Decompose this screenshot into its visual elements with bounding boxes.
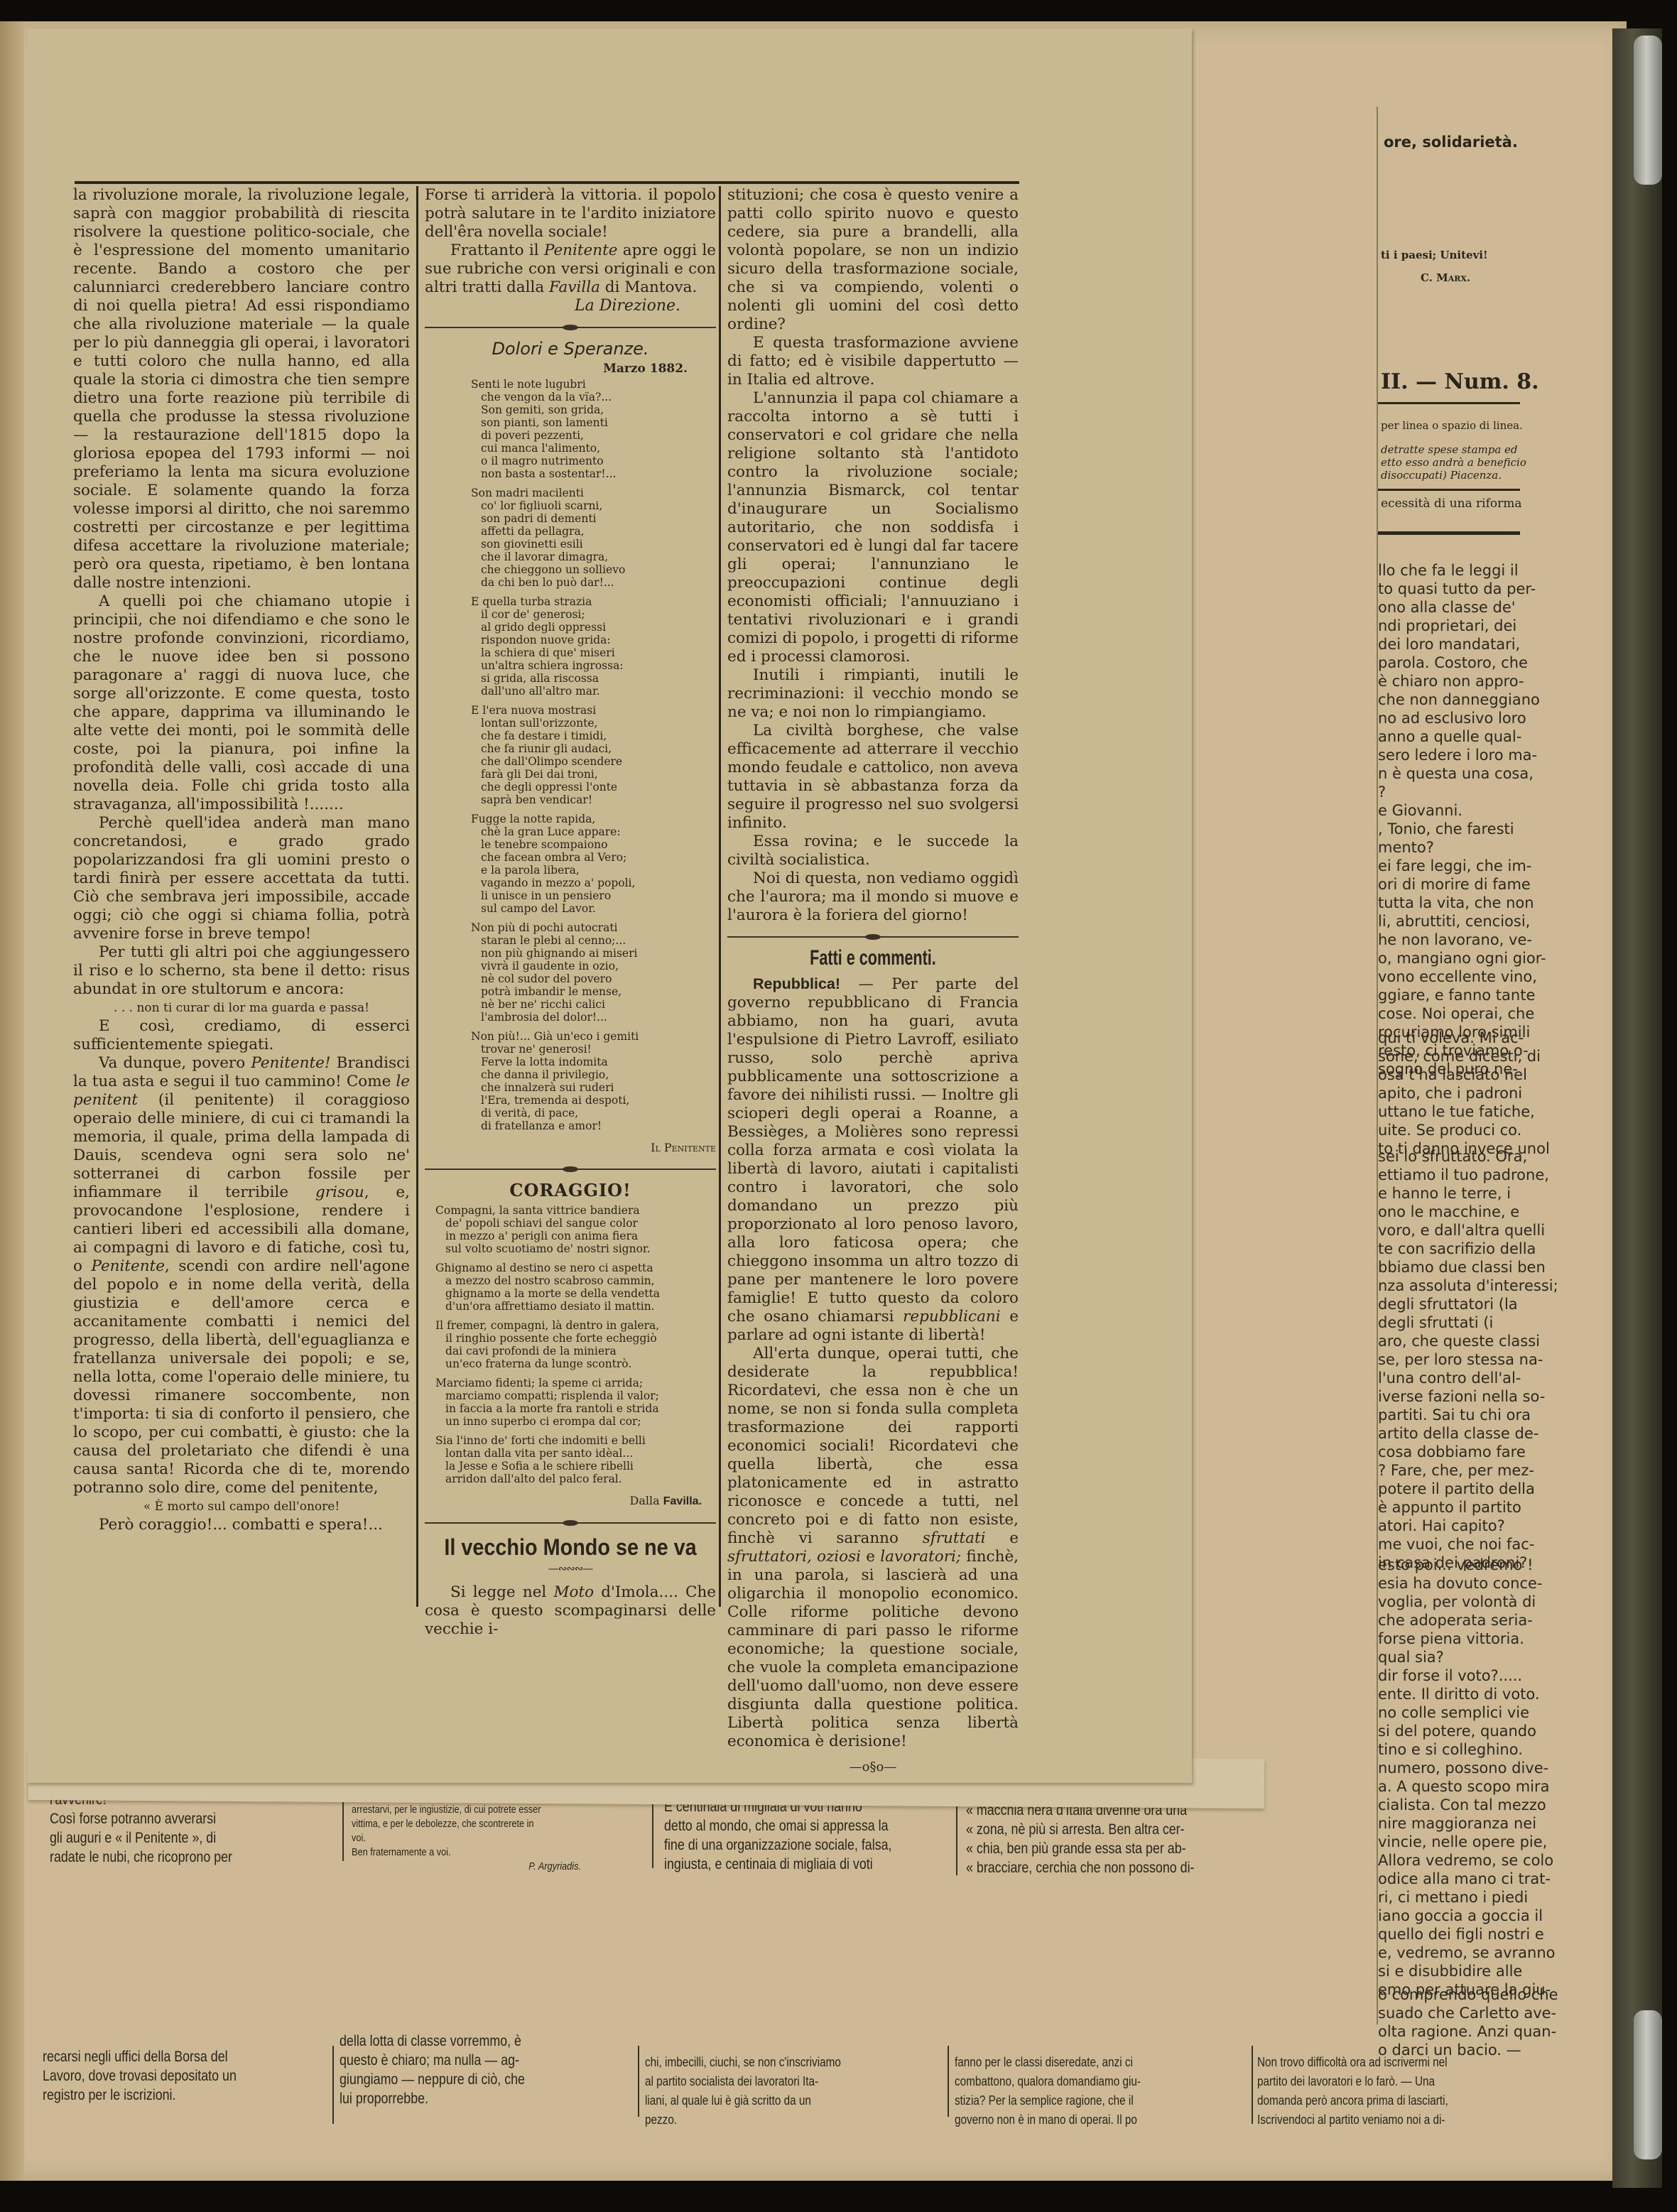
text-line: fine di una organizzazione sociale, fals… — [664, 1836, 918, 1855]
verse-line: dall'uno all'altro mar. — [471, 685, 716, 698]
dante-quote: . . . non ti curar di lor ma guarda e pa… — [73, 999, 410, 1017]
verse-line: al grido degli oppressi — [471, 621, 716, 634]
text-line: ? Fare, che, per mez- — [1378, 1461, 1558, 1480]
verse-line: E quella turba strazia — [471, 595, 716, 608]
album-binding — [1612, 28, 1662, 2188]
text-line: ei fare leggi, che im- — [1378, 857, 1546, 875]
text-line: o, mangiano ogni gior- — [1378, 949, 1546, 967]
verse-line: vivrà il gaudente in ozio, — [471, 960, 716, 972]
text-line: stizia? Per la semplice ragione, che il — [955, 2091, 1208, 2110]
text-line: , Tonio, che faresti — [1378, 820, 1546, 838]
verse-line: Compagni, la santa vittrice bandiera — [435, 1204, 716, 1217]
text-line: recarsi negli uffici della Borsa del — [43, 2047, 260, 2066]
verse-line: dai cavi profondi de la miniera — [435, 1345, 716, 1357]
column-rule — [1252, 2046, 1253, 2124]
text-line: sero ledere i loro ma- — [1378, 746, 1546, 764]
verse-line: la Jesse e Sofia a le schiere ribelli — [435, 1460, 716, 1473]
verse-line: che chieggono un sollievo — [471, 563, 716, 576]
text-line: qual sia? — [1378, 1648, 1556, 1666]
paragraph: All'erta dunque, operai tutti, che desid… — [727, 1345, 1019, 1751]
verse-line: in faccia a la morte fra rantoli e strid… — [435, 1402, 716, 1415]
verse-line: il cor de' generosi; — [471, 608, 716, 621]
right-strip-block-e: o comprendo quello chesuado che Carletto… — [1378, 1985, 1558, 2059]
text-line: Ben fraternamente a voi. — [352, 1845, 605, 1860]
lower-col-4: « macchia nera d'Italia divenne ora una«… — [966, 1801, 1220, 1877]
text-line: « bracciare, cerchia che non possono di- — [966, 1858, 1220, 1877]
text-line: nza assoluta d'interessi; — [1378, 1276, 1558, 1295]
text-line: tutta la vita, che non — [1378, 894, 1546, 912]
text-line: to quasi tutto da per- — [1378, 580, 1546, 598]
verse-line: che degli oppressi l'onte — [471, 781, 716, 793]
verse-line: si grida, alla riscossa — [471, 672, 716, 685]
text-line: cialista. Con tal mezzo — [1378, 1796, 1556, 1814]
lower-row2-col-5: Non trovo difficoltà ora ad iscrivermi n… — [1257, 2053, 1517, 2130]
verse-line: Marciamo fidenti; la speme ci arrida; — [435, 1377, 716, 1389]
paragraph: Forse ti arriderà la vittoria. il popolo… — [425, 186, 716, 242]
text-line: apito, che i padroni — [1378, 1084, 1550, 1102]
text-line: ? — [1378, 783, 1546, 801]
lower-col-3: E centinaia di migliaia di voti hannodet… — [664, 1797, 918, 1874]
text-line: parola. Costoro, che — [1378, 654, 1546, 672]
text-line: registro per le iscrizioni. — [43, 2086, 260, 2105]
lower-col-1: l'avvenire!Così forse potranno avverarsi… — [50, 1790, 279, 1867]
text-line: al partito socialista dei lavoratori Ita… — [645, 2072, 899, 2091]
binding-clip-top — [1634, 36, 1662, 185]
text-line: esia ha dovuto conce- — [1378, 1574, 1556, 1593]
verse-line: Fugge la notte rapida, — [471, 813, 716, 825]
verse-line: rispondon nuove grida: — [471, 634, 716, 646]
ads-line-3: etto esso andrà a beneficio — [1381, 456, 1526, 469]
text-line: si del potere, quando — [1378, 1722, 1556, 1740]
paragraph: Per tutti gli altri poi che aggiungesser… — [73, 943, 410, 999]
paragraph: la rivoluzione morale, la rivoluzione le… — [73, 186, 410, 592]
ornamental-separator — [425, 1518, 716, 1528]
paragraph: Va dunque, povero Penitente! Brandisci l… — [73, 1054, 410, 1497]
verse-line: sul campo del Lavor. — [471, 902, 716, 915]
ads-line-2: detratte spese stampa ed — [1381, 443, 1518, 456]
verse-line: di verità, di pace, — [471, 1107, 716, 1119]
text-line: uttano le tue fatiche, — [1378, 1102, 1550, 1121]
verse-line: son padri di dementi — [471, 512, 716, 525]
signature-direzione: La Direzione. — [425, 297, 680, 315]
right-strip-block-a: llo che fa le leggi ilto quasi tutto da … — [1378, 561, 1546, 1078]
ornamental-separator — [425, 1164, 716, 1174]
section-title: Fatti e commenti. — [768, 949, 977, 967]
column-1: la rivoluzione morale, la rivoluzione le… — [73, 186, 410, 1534]
poem-coraggio: Compagni, la santa vittrice bandierade' … — [435, 1204, 716, 1485]
masthead-slogan: ore, solidarietà. — [1384, 134, 1518, 151]
title-ornament: —∾∾∾— — [425, 1559, 716, 1578]
stanza: Senti le note lugubriche vengon da la vï… — [471, 378, 716, 480]
verse-line: Senti le note lugubri — [471, 378, 716, 391]
paragraph: Si legge nel Moto d'Imola.... Che cosa è… — [425, 1583, 716, 1639]
end-ornament: —o§o— — [727, 1758, 1019, 1777]
text-line: radate le nubi, che ricoprono per — [50, 1848, 279, 1867]
text-line: a. A questo scopo mira — [1378, 1777, 1556, 1796]
paragraph: A quelli poi che chiamano utopie i princ… — [73, 592, 410, 814]
verse-line: Non più di pochi autocrati — [471, 921, 716, 934]
text-line: llo che fa le leggi il — [1378, 561, 1546, 580]
text-line: Non trovo difficoltà ora ad iscrivermi n… — [1257, 2053, 1517, 2072]
text-line: giungiamo — neppure di ciò, che — [340, 2070, 557, 2089]
text-line: bbiamo due classi ben — [1378, 1258, 1558, 1276]
text-line: iano goccia a goccia il — [1378, 1907, 1556, 1925]
text-line: potere il partito della — [1378, 1480, 1558, 1498]
verse-line: sul volto scuotiamo de' nostri signor. — [435, 1242, 716, 1255]
poem-dolori-e-speranze: Senti le note lugubriche vengon da la vï… — [471, 378, 716, 1132]
stanza: E l'era nuova mostrasilontan sull'orizzo… — [471, 704, 716, 806]
right-strip-block-d: esto poi... vedremo !esia ha dovuto conc… — [1378, 1556, 1556, 1999]
paragraph: L'annunzia il papa col chiamare a raccol… — [727, 389, 1019, 666]
stanza: Non più!... Già un'eco i gemititrovar ne… — [471, 1030, 716, 1132]
verse-line: l'Era, tremenda ai despoti, — [471, 1094, 716, 1107]
verse-line: farà gli Dei dai troni, — [471, 768, 716, 781]
column-rule — [332, 2046, 334, 2124]
text-line: domanda però ancora prima di lasciarti, — [1257, 2091, 1517, 2110]
verse-line: che il lavorar dimagra, — [471, 551, 716, 563]
text-line: numero, possono dive- — [1378, 1759, 1556, 1777]
text-line: dei loro mandatari, — [1378, 635, 1546, 654]
stanza: Ghignamo al destino se nero ci aspettaa … — [435, 1262, 716, 1313]
verse-line: nè ber ne' ricchi calici — [471, 998, 716, 1011]
text-line: uite. Se produci co. — [1378, 1121, 1550, 1139]
text-line: gli auguri e « il Penitente », di — [50, 1828, 279, 1848]
text-line: e, vedremo, se avranno — [1378, 1943, 1556, 1962]
lower-row2-col-4: fanno per le classi diseredate, anzi cic… — [955, 2053, 1208, 2130]
verse-line: da chi ben lo può dar!... — [471, 576, 716, 589]
text-line: governo non è in mano di operai. Il po — [955, 2110, 1208, 2130]
paragraph: E così, crediamo, di esserci sufficiente… — [73, 1017, 410, 1054]
text-line: si e disubbidire alle — [1378, 1962, 1556, 1980]
text-line: e hanno le terre, i — [1378, 1184, 1558, 1203]
paragraph: Repubblica! — Per parte del governo repu… — [727, 975, 1019, 1345]
binding-clip-bottom — [1634, 2010, 1662, 2159]
verse-line: le tenebre scompaiono — [471, 838, 716, 851]
stanza: E quella turba straziail cor de' generos… — [471, 595, 716, 698]
text-line: ettiamo il tuo padrone, — [1378, 1166, 1558, 1184]
verse-line: un inno superbo ci erompa dal cor; — [435, 1415, 716, 1428]
text-line: vittima, e per le debolezze, che scontre… — [352, 1817, 605, 1831]
text-line: ri, ci mettano i piedi — [1378, 1888, 1556, 1907]
verse-line: un'eco fraterna da lunge scontrò. — [435, 1357, 716, 1370]
text-line: detto al mondo, che omai si appressa la — [664, 1816, 918, 1836]
verse-line: E l'era nuova mostrasi — [471, 704, 716, 717]
strip-rule — [1378, 402, 1520, 404]
text-line: lui proporrebbe. — [340, 2089, 557, 2108]
text-line: odice alla mano ci trat- — [1378, 1870, 1556, 1888]
page-left-edge — [0, 21, 24, 2181]
masthead-motto-author: C. Marx. — [1421, 271, 1470, 284]
paragraph: Essa rovina; e le succede la civiltà soc… — [727, 833, 1019, 869]
verse-line: d'un'ora affrettiamo desiato il mattin. — [435, 1300, 716, 1313]
verse-line: Son gemiti, son grida, — [471, 403, 716, 416]
text-line: partito dei lavoratori e lo farò. — Una — [1257, 2072, 1517, 2091]
text-line: li, abruttiti, cenciosi, — [1378, 912, 1546, 931]
verse-line: arridon dall'alto del palco feral. — [435, 1473, 716, 1485]
verse-line: un'altra schiera ingrossa: — [471, 659, 716, 672]
text-line: atori. Hai capito? — [1378, 1517, 1558, 1535]
text-line: combattono, qualora domandiamo giu- — [955, 2072, 1208, 2091]
column-rule — [948, 2046, 949, 2117]
poem-date: Marzo 1882. — [425, 359, 688, 378]
text-line: forse piena vittoria. — [1378, 1630, 1556, 1648]
verse-line: Non più!... Già un'eco i gemiti — [471, 1030, 716, 1043]
verse-line: co' lor figliuoli scarni, — [471, 499, 716, 512]
text-line: ori di morire di fame — [1378, 875, 1546, 894]
ads-line-4: disoccupati) Piacenza. — [1381, 469, 1502, 482]
paragraph: E questa trasformazione avviene di fatto… — [727, 334, 1019, 389]
text-line: qui ti voleva. Mi ac- — [1378, 1029, 1550, 1047]
lower-row2-col-2: della lotta di classe vorremmo, èquesto … — [340, 2032, 557, 2108]
text-line: voglia, per volontà di — [1378, 1593, 1556, 1611]
verse-line: marciamo compatti; risplenda il valor; — [435, 1389, 716, 1402]
text-line: Lavoro, dove trovasi depositato un — [43, 2066, 260, 2086]
verse-line: trovar ne' generosi! — [471, 1043, 716, 1056]
verse-line: Ghignamo al destino se nero ci aspetta — [435, 1262, 716, 1274]
text-line: voi. — [352, 1831, 605, 1845]
stanza: Marciamo fidenti; la speme ci arrida;mar… — [435, 1377, 716, 1428]
text-line: cose. Noi operai, che — [1378, 1004, 1546, 1023]
text-line: ingiusta, e centinaia di migliaia di vot… — [664, 1855, 918, 1874]
ads-line-1: per linea o spazio di linea. — [1381, 419, 1523, 432]
verse-line: e la parola libera, — [471, 864, 716, 877]
verse-line: di fratellanza e amor! — [471, 1119, 716, 1132]
verse-line: a mezzo del nostro scabroso cammin, — [435, 1274, 716, 1287]
verse-line: lontan sull'orizzonte, — [471, 717, 716, 730]
text-line: della lotta di classe vorremmo, è — [340, 2032, 557, 2051]
verse-line: potrà imbandir le mense, — [471, 985, 716, 998]
verse-line: li unisce in un pensiero — [471, 889, 716, 902]
text-line: che non danneggiano — [1378, 690, 1546, 709]
text-line: osa t'ha lasciato nel — [1378, 1066, 1550, 1084]
text-line: degli sfruttatori (la — [1378, 1295, 1558, 1313]
text-line: ggiare, e fanno tante — [1378, 986, 1546, 1004]
text-line: è chiaro non appro- — [1378, 672, 1546, 690]
verse-line: Ferve la lotta indomita — [471, 1056, 716, 1068]
verse-line: son giovinetti esili — [471, 538, 716, 551]
signature-argyriadis: P. Argyriadis. — [352, 1860, 605, 1874]
text-line: degli sfruttati (i — [1378, 1313, 1558, 1332]
stanza: Son madri macilentico' lor figliuoli sca… — [471, 487, 716, 589]
verse-line: che dall'Olimpo scendere — [471, 755, 716, 768]
poem-title: Dolori e Speranze. — [425, 340, 716, 358]
text-line: pezzo. — [645, 2110, 899, 2130]
text-line: no ad esclusivo loro — [1378, 709, 1546, 727]
text-line: artito della classe de- — [1378, 1424, 1558, 1443]
text-line: sone, come dicesti, di — [1378, 1047, 1550, 1066]
verse-line: staran le plebi al cenno;... — [471, 934, 716, 947]
verse-line: che vengon da la vïa?... — [471, 391, 716, 403]
text-line: « zona, nè più si arresta. Ben altra cer… — [966, 1820, 1220, 1839]
text-line: fanno per le classi diseredate, anzi ci — [955, 2053, 1208, 2072]
text-line: aro, che queste classi — [1378, 1332, 1558, 1350]
column-rule — [638, 2046, 639, 2117]
verse-line: che danna il privilegio, — [471, 1068, 716, 1081]
paragraph: Frattanto il Penitente apre oggi le sue … — [425, 242, 716, 297]
verse-line: non basta a sostentar!... — [471, 467, 716, 480]
text-line: ono le macchine, e — [1378, 1203, 1558, 1221]
stanza: Sia l'inno de' forti che indomiti e bell… — [435, 1434, 716, 1485]
text-line: e Giovanni. — [1378, 801, 1546, 820]
issue-number: II. — Num. 8. — [1381, 369, 1539, 394]
verse-line: Sia l'inno de' forti che indomiti e bell… — [435, 1434, 716, 1447]
text-line: è appunto il partito — [1378, 1498, 1558, 1517]
verse-line: che facean ombra al Vero; — [471, 851, 716, 864]
text-line: cosa dobbiamo fare — [1378, 1443, 1558, 1461]
text-line: Allora vedremo, se colo — [1378, 1851, 1556, 1870]
verse-line: la schiera di que' miseri — [471, 646, 716, 659]
text-line: n è questa una cosa, — [1378, 764, 1546, 783]
verse-line: che fa destare i timidi, — [471, 730, 716, 742]
verse-line: son pianti, son lamenti — [471, 416, 716, 429]
strip-rule — [1378, 531, 1520, 535]
verse-line: l'ambrosia del dolor!... — [471, 1011, 716, 1024]
text-line: me vuoi, che noi fac- — [1378, 1535, 1558, 1554]
masthead-motto: ti i paesi; Unitevi! — [1381, 249, 1488, 261]
ornamental-separator — [425, 322, 716, 332]
text-line: sei lo sfruttato. Ora, — [1378, 1147, 1558, 1166]
column-3: stituzioni; che cosa è questo venire a p… — [727, 186, 1019, 1777]
stanza: Fugge la notte rapida,chè la gran Luce a… — [471, 813, 716, 915]
ornamental-separator — [727, 932, 1019, 942]
column-rule — [719, 186, 721, 1607]
verse-line: che fa riunir gli audaci, — [471, 742, 716, 755]
stanza: Non più di pochi autocratistaran le pleb… — [471, 921, 716, 1024]
text-line: se, per loro stessa na- — [1378, 1350, 1558, 1369]
stanza: Il fremer, compagni, là dentro in galera… — [435, 1319, 716, 1370]
text-line: no colle semplici vie — [1378, 1703, 1556, 1722]
column-2: Forse ti arriderà la vittoria. il popolo… — [425, 186, 716, 1639]
headline-fragment: ecessità di una riforma — [1381, 497, 1522, 510]
text-line: iverse fazioni nella so- — [1378, 1387, 1558, 1406]
paragraph: Noi di questa, non vediamo oggidì che l'… — [727, 869, 1019, 925]
honor-quote: « È morto sul campo dell'onore! — [73, 1497, 410, 1516]
paragraph: Perchè quell'idea anderà man mano concre… — [73, 814, 410, 943]
top-rule — [75, 181, 1019, 184]
verse-line: affetti da pellagra, — [471, 525, 716, 538]
verse-line: non più ghignando ai miseri — [471, 947, 716, 960]
text-line: « chia, ben più grande essa sta per ab- — [966, 1839, 1220, 1858]
text-line: nire maggioranza nei — [1378, 1814, 1556, 1833]
text-line: liani, al quale lui è già scritto da un — [645, 2091, 899, 2110]
text-line: partiti. Sai tu chi ora — [1378, 1406, 1558, 1424]
text-line: olta ragione. Anzi quan- — [1378, 2022, 1558, 2041]
text-line: Così forse potranno avverarsi — [50, 1809, 279, 1828]
column-rule — [416, 186, 418, 1607]
paragraph: La civiltà borghese, che valse efficacem… — [727, 722, 1019, 833]
verse-line: di poveri pezzenti, — [471, 429, 716, 442]
text-line: chi, imbecilli, ciuchi, se non c'inscriv… — [645, 2053, 899, 2072]
verse-line: o il magro nutrimento — [471, 455, 716, 467]
text-line: che adoperata seria- — [1378, 1611, 1556, 1630]
poem-title: CORAGGIO! — [425, 1181, 716, 1200]
verse-line: Il fremer, compagni, là dentro in galera… — [435, 1319, 716, 1332]
poem-author: Il Penitente — [425, 1139, 716, 1157]
verse-line: de' popoli schiavi del sangue color — [435, 1217, 716, 1230]
verse-line: vagando in mezzo a' popoli, — [471, 877, 716, 889]
stanza: Compagni, la santa vittrice bandierade' … — [435, 1204, 716, 1255]
right-strip-block-c: sei lo sfruttato. Ora,ettiamo il tuo pad… — [1378, 1147, 1558, 1572]
verse-line: il ringhio possente che forte echeggiò — [435, 1332, 716, 1345]
text-line: ono alla classe de' — [1378, 598, 1546, 617]
strip-rule — [1378, 489, 1520, 491]
paragraph: Inutili i rimpianti, inutili le recrimin… — [727, 666, 1019, 722]
text-line: te con sacrifizio della — [1378, 1240, 1558, 1258]
lower-row2-col-3: chi, imbecilli, ciuchi, se non c'inscriv… — [645, 2053, 899, 2130]
text-line: Iscrivendoci al partito veniamo noi a di… — [1257, 2110, 1517, 2130]
verse-line: Son madri macilenti — [471, 487, 716, 499]
text-line: ente. Il diritto di voto. — [1378, 1685, 1556, 1703]
right-strip-block-b: qui ti voleva. Mi ac-sone, come dicesti,… — [1378, 1029, 1550, 1158]
paragraph: stituzioni; che cosa è questo venire a p… — [727, 186, 1019, 334]
text-line: suado che Carletto ave- — [1378, 2004, 1558, 2022]
closing-line: Però coraggio!... combatti e spera!... — [73, 1516, 410, 1534]
text-line: voro, e dall'altra quelli — [1378, 1221, 1558, 1240]
verse-line: ghignamo a la morte se della vendetta — [435, 1287, 716, 1300]
text-line: quello dei figli nostri e — [1378, 1925, 1556, 1943]
article-title: Il vecchio Mondo se ne va — [440, 1538, 702, 1556]
text-line: esto poi... vedremo ! — [1378, 1556, 1556, 1574]
text-line: o comprendo quello che — [1378, 1985, 1558, 2004]
text-line: mento? — [1378, 838, 1546, 857]
text-line: dir forse il voto?..... — [1378, 1666, 1556, 1685]
text-line: questo è chiaro; ma nulla — ag- — [340, 2051, 557, 2070]
verse-line: nè col sudor del povero — [471, 972, 716, 985]
text-line: l'una contro dell'al- — [1378, 1369, 1558, 1387]
text-line: vono eccellente vino, — [1378, 967, 1546, 986]
text-line: anno a quelle qual- — [1378, 727, 1546, 746]
verse-line: cui manca l'alimento, — [471, 442, 716, 455]
lower-row2-col-1: recarsi negli uffici della Borsa delLavo… — [43, 2047, 260, 2105]
text-line: he non lavorano, ve- — [1378, 931, 1546, 949]
poem-source: Dalla Favilla. — [425, 1492, 702, 1511]
verse-line: chè la gran Luce appare: — [471, 825, 716, 838]
verse-line: lontan dalla vita per santo idèal... — [435, 1447, 716, 1460]
text-line: vincie, nelle opere pie, — [1378, 1833, 1556, 1851]
text-line: ndi proprietari, dei — [1378, 617, 1546, 635]
verse-line: saprà ben vendicar! — [471, 793, 716, 806]
text-line: arrestarvi, per le ingiustizie, di cui p… — [352, 1803, 605, 1817]
text-line: tino e si colleghino. — [1378, 1740, 1556, 1759]
verse-line: che innalzerà sui ruderi — [471, 1081, 716, 1094]
verse-line: in mezzo a' perigli con anima fiera — [435, 1230, 716, 1242]
